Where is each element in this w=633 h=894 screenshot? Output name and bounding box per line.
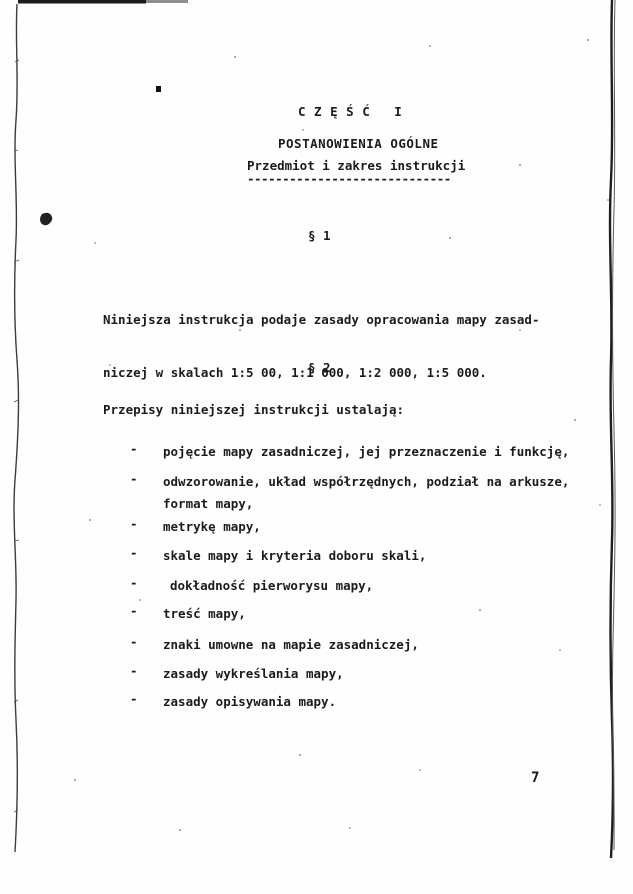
list-item: - metrykę mapy,: [130, 516, 261, 538]
section-mark-2: § 2: [308, 360, 331, 375]
list-item-text: znaki umowne na mapie zasadniczej,: [163, 634, 419, 656]
list-item: - dokładność pierworysu mapy,: [130, 575, 373, 597]
list-bullet: -: [130, 663, 138, 678]
list-item: - treść mapy,: [130, 603, 246, 625]
list-bullet: -: [130, 634, 138, 649]
section-2-intro: Przepisy niniejszej instrukcji ustalają:: [103, 402, 404, 417]
page-number: 7: [531, 770, 539, 786]
list-item: - odwzorowanie, układ współrzędnych, pod…: [130, 471, 569, 515]
list-bullet: -: [130, 691, 138, 706]
list-item-text: metrykę mapy,: [163, 516, 261, 538]
list-item: - zasady opisywania mapy.: [130, 691, 336, 713]
list-item: - pojęcie mapy zasadniczej, jej przeznac…: [130, 441, 569, 463]
list-item-text: pojęcie mapy zasadniczej, jej przeznacze…: [163, 441, 569, 463]
list-bullet: -: [130, 575, 138, 590]
list-item-text: zasady wykreślania mapy,: [163, 663, 344, 685]
subsection-underline: -----------------------------: [247, 171, 451, 186]
list-bullet: -: [130, 471, 138, 486]
list-item-text: skale mapy i kryteria doboru skali,: [163, 545, 426, 567]
list-item-text: zasady opisywania mapy.: [163, 691, 336, 713]
scanned-document-page: C Z Ę Ś Ć I POSTANOWIENIA OGÓLNE Przedmi…: [0, 0, 633, 894]
list-item-text: dokładność pierworysu mapy,: [163, 575, 373, 597]
list-item: - znaki umowne na mapie zasadniczej,: [130, 634, 419, 656]
list-bullet: -: [130, 545, 138, 560]
list-item-text: format mapy,: [163, 493, 569, 515]
section-mark-1: § 1: [308, 228, 331, 243]
part-heading: C Z Ę Ś Ć I: [298, 104, 402, 119]
paragraph-line: Niniejsza instrukcja podaje zasady oprac…: [103, 308, 540, 331]
section-1-paragraph: Niniejsza instrukcja podaje zasady oprac…: [103, 278, 540, 414]
list-bullet: -: [130, 441, 138, 456]
list-item-text: odwzorowanie, układ współrzędnych, podzi…: [163, 471, 569, 493]
list-item-text: treść mapy,: [163, 603, 246, 625]
list-item: - skale mapy i kryteria doboru skali,: [130, 545, 426, 567]
list-bullet: -: [130, 516, 138, 531]
section-title: POSTANOWIENIA OGÓLNE: [278, 136, 439, 151]
list-item: - zasady wykreślania mapy,: [130, 663, 344, 685]
list-bullet: -: [130, 603, 138, 618]
